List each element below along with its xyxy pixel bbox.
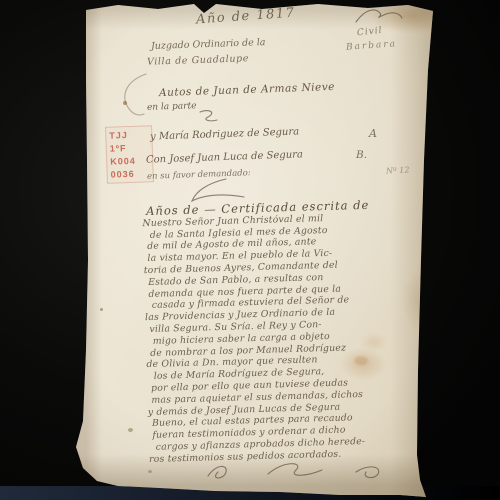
paper-speck (128, 428, 133, 432)
party-a-mark: A (369, 127, 377, 140)
court-header-line2: Villa de Guadalupe (147, 53, 249, 68)
corner-annotation-1: Civil (357, 26, 384, 39)
party-b-mark: B. (356, 149, 367, 161)
year-heading: Año de 1817 (196, 6, 296, 28)
archive-stamp: TJJ 1ºF K004 0036 (105, 125, 154, 184)
manuscript-body: Años de — Certificada escrita de Nuestro… (146, 199, 405, 465)
party-b-line1: Con Josef Juan Luca de Segura (146, 149, 303, 165)
notary-rubric-icon (352, 6, 404, 26)
paper-speck (123, 101, 127, 105)
docket-number: Nº 12 (386, 165, 410, 175)
paper-speck (100, 308, 103, 311)
case-title-line2: en la parte (147, 101, 197, 113)
court-header-line1: Juzgado Ordinario de la (151, 37, 266, 52)
stamp-line: 0036 (110, 167, 150, 181)
closing-flourish-icon (188, 458, 398, 486)
margin-bracket-flourish-icon (116, 72, 150, 118)
paper-stain (354, 356, 368, 365)
corner-annotation-2: Barbara (346, 39, 398, 53)
small-flourish-icon (196, 109, 220, 124)
case-title-line1: Autos de Juan de Armas Nieve (159, 81, 335, 99)
party-a-name: y María Rodriguez de Segura (150, 126, 299, 142)
manuscript-page: Año de 1817 Civil Barbara Juzgado Ordina… (0, 0, 500, 500)
photo-backdrop: Año de 1817 Civil Barbara Juzgado Ordina… (0, 0, 500, 500)
paper-speck (148, 470, 152, 473)
